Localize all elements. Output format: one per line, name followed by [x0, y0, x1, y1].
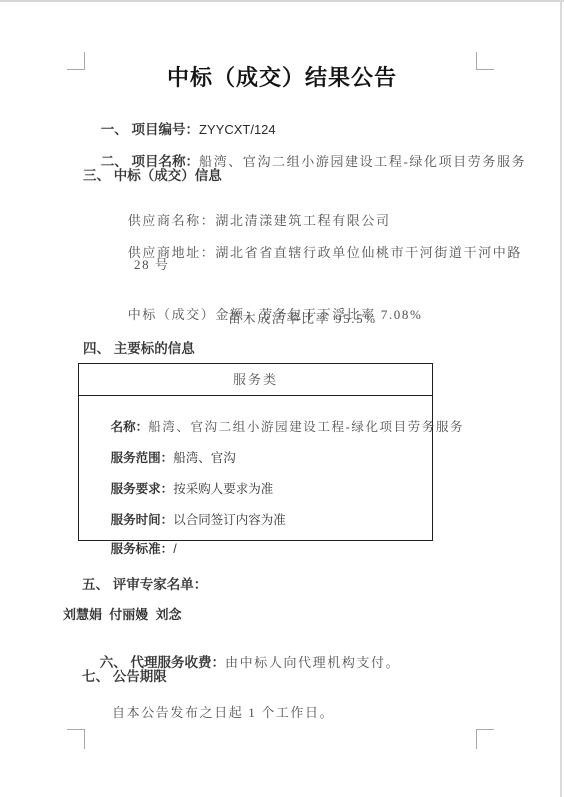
section-experts-heading: 五、 评审专家名单： [82, 576, 207, 594]
subject-info-table: 服务类 名称：船湾、官沟二组小游园建设工程-绿化项目劳务服务 服务范围：船湾、官… [78, 363, 433, 541]
section-award-info-heading: 三、 中标（成交）信息 [83, 167, 222, 185]
row-standard-label: 服务标准： [111, 542, 174, 556]
award-amount-line2: 苗木成活率比率 95.5% [228, 310, 377, 328]
supplier-address-line2: 28 号 [134, 256, 170, 274]
row-time-value: 以合同签订内容为准 [173, 513, 286, 527]
margin-crop-mark-bottom-left [67, 729, 85, 749]
margin-crop-mark-bottom-right [476, 729, 494, 749]
page-top-edge [0, 0, 564, 2]
project-name-value: 船湾、官沟二组小游园建设工程-绿化项目劳务服务 [199, 154, 526, 169]
table-row: 服务标准：/ [84, 522, 177, 576]
page-right-edge [560, 0, 562, 797]
document-page: 中标（成交）结果公告 一、 项目编号：ZYYCXT/124 二、 项目名称：船湾… [0, 0, 564, 797]
table-header-service-class: 服务类 [79, 364, 432, 396]
row-standard-value: / [173, 542, 176, 556]
document-title: 中标（成交）结果公告 [0, 62, 564, 94]
agency-fee-value: 由中标人向代理机构支付。 [225, 655, 400, 670]
supplier-address-line: 供应商地址：湖北省省直辖行政单位仙桃市干河街道干河中路 [110, 226, 522, 280]
section-notice-period-heading: 七、 公告期限 [82, 668, 167, 686]
supplier-address-value: 湖北省省直辖行政单位仙桃市干河街道干河中路 [215, 245, 522, 260]
experts-names: 刘慧娟 付丽嫚 刘念 [63, 606, 181, 624]
notice-period-text: 自本公告发布之日起 1 个工作日。 [112, 704, 334, 722]
section-subject-info-heading: 四、 主要标的信息 [83, 340, 195, 358]
